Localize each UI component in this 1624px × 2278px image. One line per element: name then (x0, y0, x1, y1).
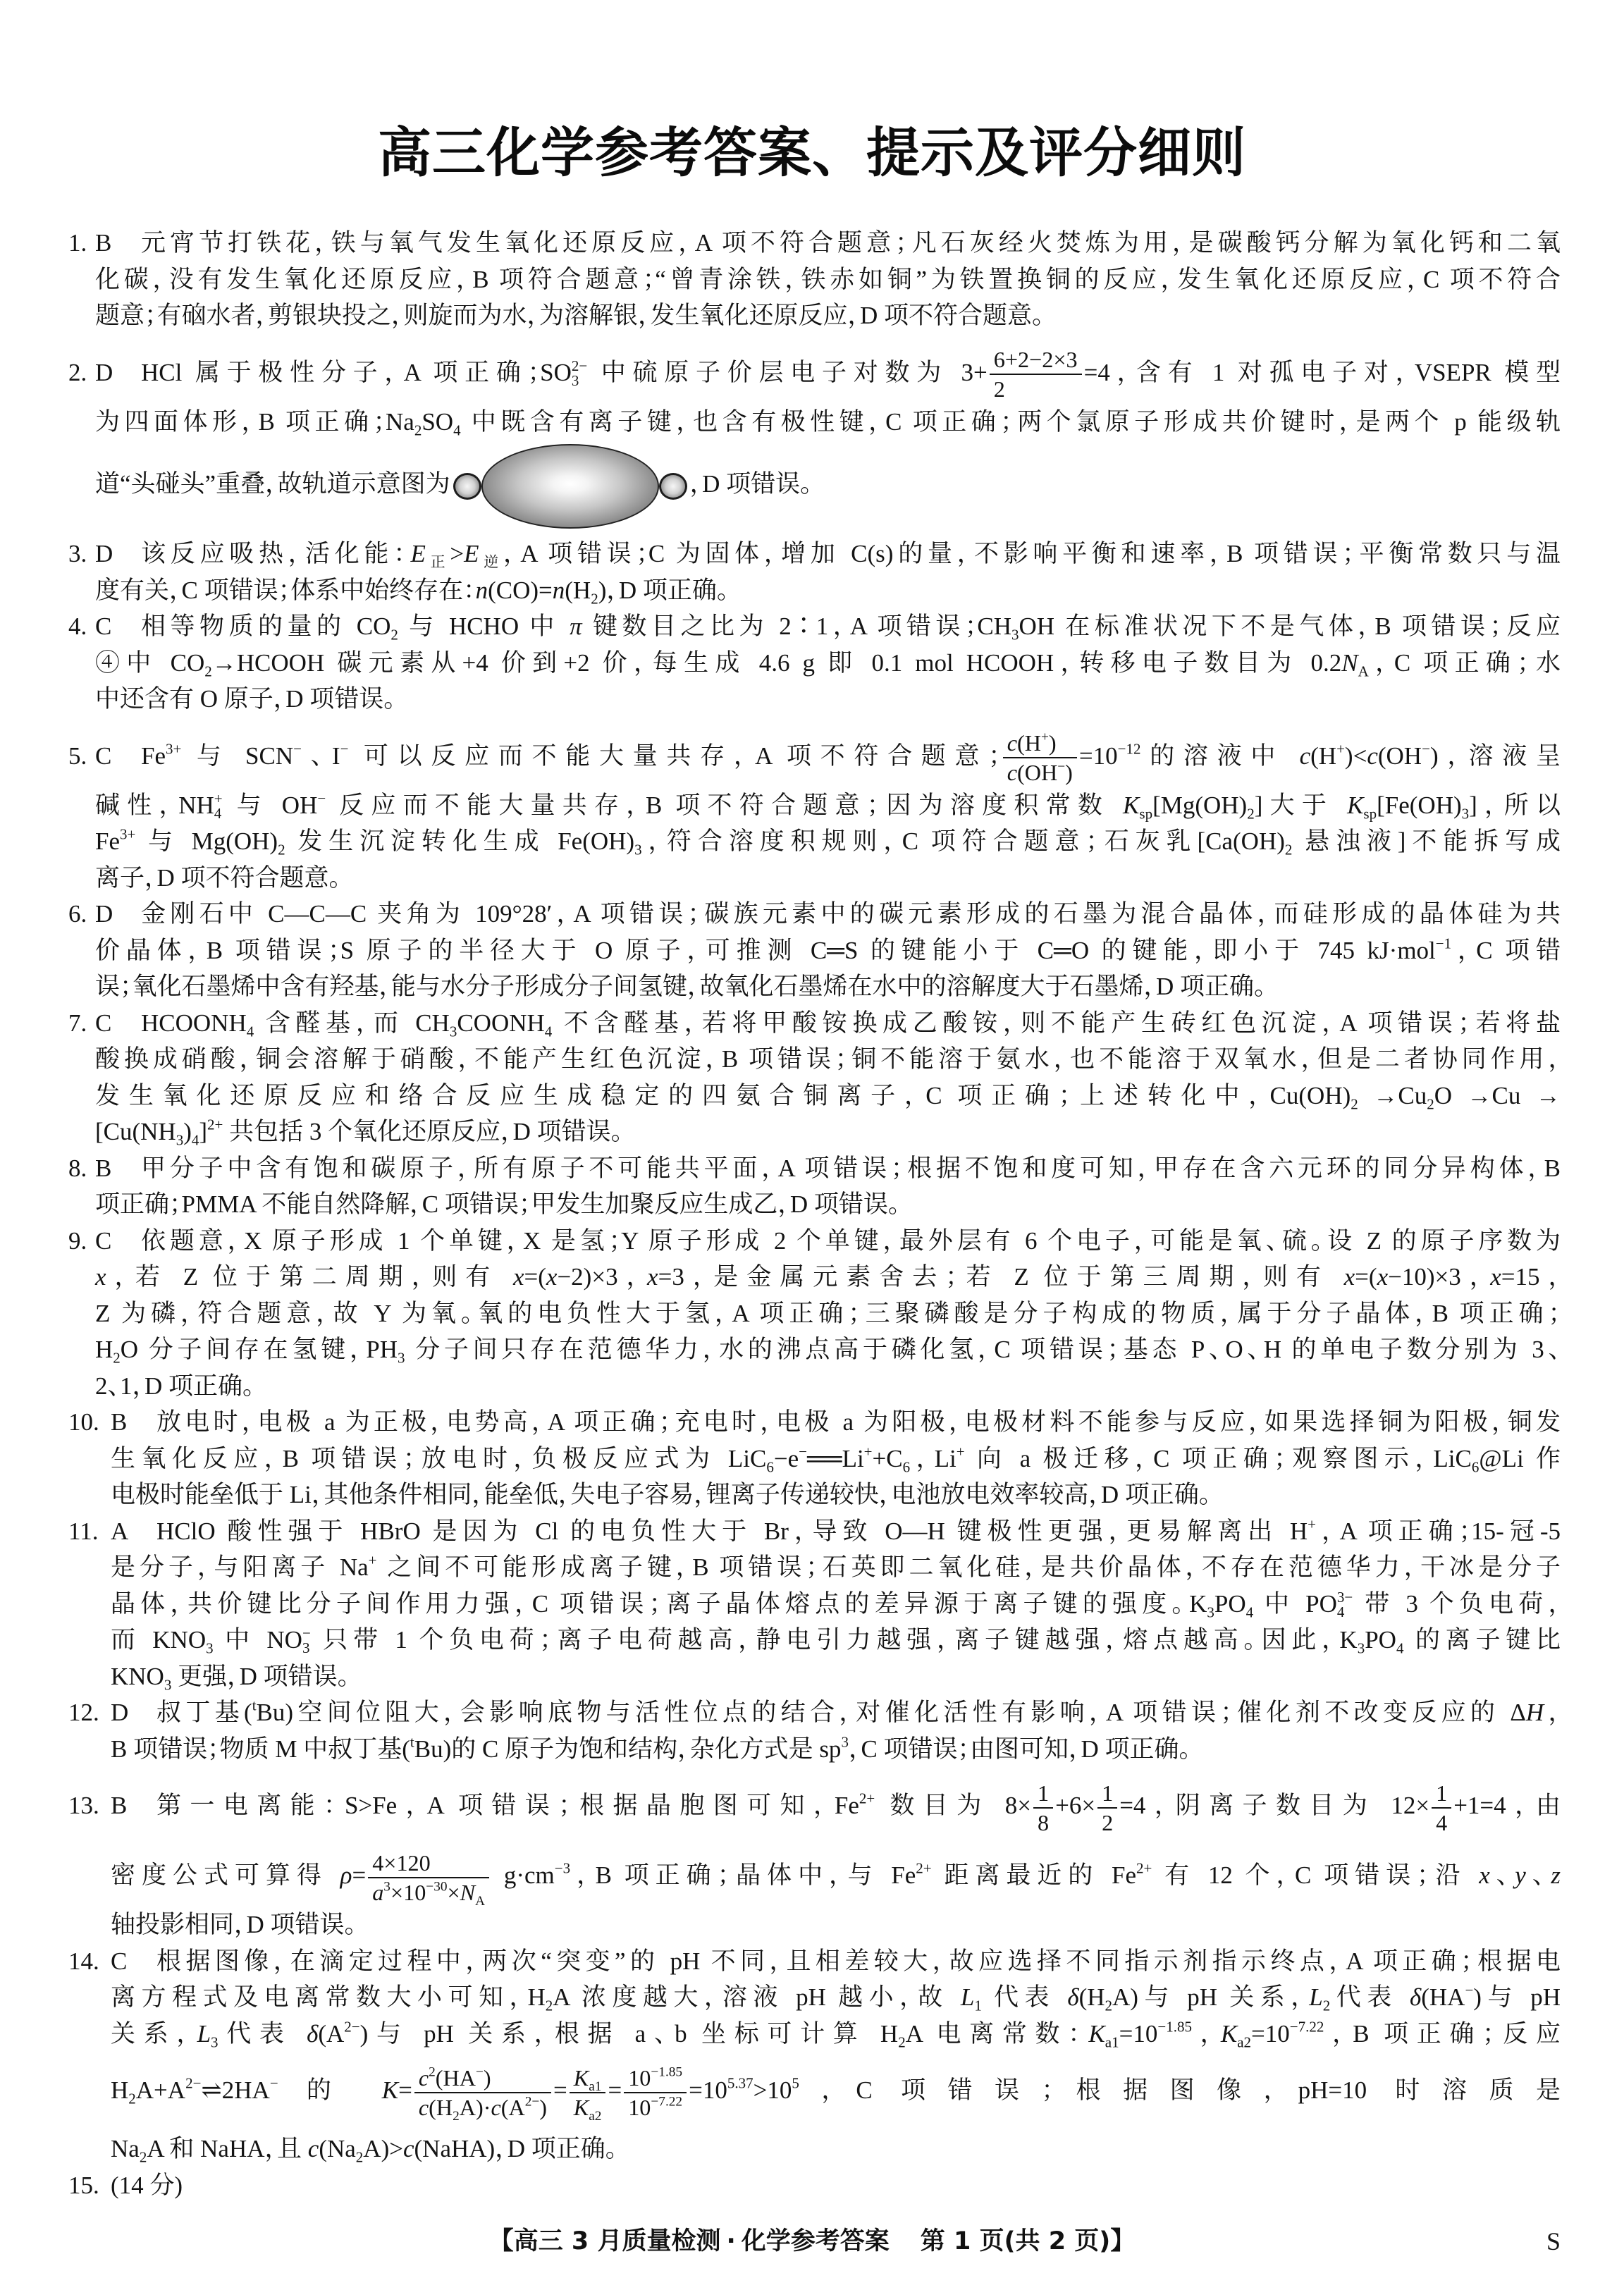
text-run: A+A (136, 2076, 185, 2104)
text-run: =3，是金属元素舍去；若 Z 位于第三周期，则有 (658, 1263, 1344, 1291)
text-run: H (111, 2076, 128, 2104)
text-run: 中 NO (214, 1626, 302, 1654)
subscript: 逆 (479, 553, 504, 570)
question-number: 2. (68, 341, 95, 404)
text-run: 4×120 (372, 1850, 431, 1876)
subscript: 4 (192, 1131, 199, 1148)
footer-separator: · (726, 2227, 735, 2255)
subscript: 4 (1396, 1639, 1404, 1656)
text-run: ，D 项错误。 (690, 470, 813, 498)
text-run: Bu)的 C 原子为饱和结构，杂化方式是 sp (414, 1735, 842, 1763)
question-number: 8. (68, 1150, 95, 1187)
answer-choice: C (111, 1943, 156, 1980)
explanation-line: 电极时能垒低于 Li，其他条件相同，能垒低，失电子容易，锂离子传递较快，电池放电… (111, 1477, 1561, 1513)
text-run: 生氧化反应，B 项错误；放电时，负极反应式为 LiC (111, 1445, 766, 1472)
text-run: ，C 项错 (1451, 937, 1561, 964)
superscript: 3 (383, 1879, 390, 1894)
explanation-line: 轴投影相同，D 项错误。 (111, 1907, 1561, 1943)
subscript: 2 (1427, 1095, 1434, 1112)
explanation-line: 是分子，与阳离子 Na+ 之间不可能形成离子键，B 项错误；石英即二氧化硅，是共… (111, 1549, 1561, 1586)
math-variable: x (647, 1263, 658, 1291)
text-run: O →Cu → (1434, 1082, 1561, 1109)
text-run: 中既含有离子键，也含有极性键，C 项正确；两个氯原子形成共价键时，是两个 p 能… (461, 408, 1561, 436)
math-variable: N (1341, 649, 1358, 677)
subscript: 3 (572, 374, 587, 388)
text-run: 2 (1102, 1810, 1113, 1835)
answer-list: 1.B元宵节打铁花，铁与氧气发生氧化还原反应，A 项不符合题意；凡石灰经火焚炼为… (68, 225, 1561, 2203)
superscript: − (799, 1443, 807, 1460)
text-run: 中 PO (1253, 1590, 1337, 1618)
explanation-text: 元宵节打铁花，铁与氧气发生氧化还原反应，A 项不符合题意；凡石灰经火焚炼为用，是… (141, 225, 1561, 261)
text-run: ]大于 (1255, 792, 1347, 819)
question-number: 3. (68, 536, 95, 572)
answer-item-8: 8.B甲分子中含有饱和碳原子，所有原子不可能共平面，A 项错误；根据不饱和度可知… (68, 1150, 1561, 1223)
explanation-text: 根据图像，在滴定过程中，两次“突变”的 pH 不同，且相差较大，故应选择不同指示… (156, 1943, 1561, 1980)
text-run: Na (111, 2135, 140, 2162)
orbital-diagram-icon (453, 444, 687, 529)
text-run: )与 pH 关系，根据 a、b 坐标可计算 H (360, 2020, 899, 2048)
answer-item-13: 13.B第一电离能：S>Fe，A 项错误；根据晶胞图可知，Fe2+ 数目为 8×… (68, 1767, 1561, 1943)
question-number: 14. (68, 1943, 111, 1980)
explanation-line: 13.B第一电离能：S>Fe，A 项错误；根据晶胞图可知，Fe2+ 数目为 8×… (68, 1767, 1561, 1837)
answer-item-2: 2.DHCl 属于极性分子，A 项正确；SO2−3 中硫原子价层电子对数为 3+… (68, 334, 1561, 536)
text-run: =( (1355, 1263, 1377, 1291)
explanation-line: 度有关，C 项错误；体系中始终存在：n(CO)=n(H2)，D 项正确。 (95, 572, 1561, 609)
text-run: Fe (95, 827, 120, 855)
math-variable: x (1479, 1861, 1490, 1889)
subscript: 3 (1207, 1603, 1214, 1620)
question-number: 7. (68, 1005, 95, 1042)
text-run: A 浓度越大，溶液 pH 越小，故 (553, 1983, 961, 2011)
text-run: 价晶体，B 项错误；S 原子的半径大于 O 原子，可推测 C═S 的键能小于 C… (95, 937, 1436, 964)
math-variable: δ (1410, 1983, 1421, 2011)
text-run: 1 (1102, 1780, 1113, 1806)
text-run: 的 (278, 2076, 382, 2104)
text-run: 叔丁基( (156, 1699, 252, 1726)
math-variable: K (574, 2065, 589, 2091)
explanation-line: B 项错误；物质 M 中叔丁基(tBu)的 C 原子为饱和结构，杂化方式是 sp… (111, 1731, 1561, 1768)
superscript: 3− (1337, 1590, 1353, 1605)
text-run: 共包括 3 个氧化还原反应，D 项错误。 (223, 1118, 623, 1145)
text-run: +1=4，由 (1453, 1792, 1561, 1819)
explanation-line: 15.(14 分) (68, 2167, 1561, 2204)
subscript: A (475, 1894, 485, 1909)
answer-choice: D (111, 1694, 156, 1731)
math-variable: n (553, 577, 565, 604)
text-run: 误；氧化石墨烯中含有羟基，能与水分子形成分子间氢键，故氧化石墨烯在水中的溶解度大… (95, 973, 1267, 1000)
text-run: = (352, 1861, 366, 1889)
charge-index: 3−4 (1337, 1590, 1353, 1620)
p-orbital-right-lobe-icon (659, 473, 687, 500)
explanation-text: HClO 酸性强于 HBrO 是因为 Cl 的电负性大于 Br，导致 O—H 键… (156, 1513, 1561, 1550)
math-variable: L (197, 2020, 211, 2048)
fraction-denominator: 2 (1097, 1809, 1117, 1835)
text-run: 电极时能垒低于 Li，其他条件相同，能垒低，失电子容易，锂离子传递较快，电池放电… (111, 1481, 1211, 1508)
explanation-line: KNO3 更强，D 项错误。 (111, 1658, 1561, 1695)
text-run: 中硫原子价层电子对数为 3+ (588, 359, 987, 386)
text-run: ，A 项错误；C 为固体，增加 C(s)的量，不影响平衡和速率，B 项错误；平衡… (503, 540, 1561, 567)
text-run: 距离最近的 Fe (932, 1861, 1136, 1889)
explanation-line: 价晶体，B 项错误；S 原子的半径大于 O 原子，可推测 C═S 的键能小于 C… (95, 932, 1561, 969)
text-run: SO (422, 408, 453, 436)
answer-choice: D (95, 341, 141, 404)
text-run: 分子间只存在范德华力，水的沸点高于磷化氢，C 项错误；基态 P、O、H 的单电子… (405, 1336, 1561, 1363)
text-run: (H (1310, 742, 1336, 770)
explanation-line: 离子，D 项不符合题意。 (95, 860, 1561, 897)
answer-choice: C (95, 1005, 141, 1042)
text-run: = (553, 2076, 567, 2104)
superscript: 3 (841, 1733, 849, 1750)
explanation-line: Na2A 和 NaHA，且 c(Na2A)>c(NaHA)，D 项正确。 (111, 2131, 1561, 2167)
superscript: + (1041, 730, 1049, 745)
text-run: A 和 NaHA，且 (147, 2135, 307, 2162)
text-run: =10 (1119, 2020, 1158, 2048)
superscript: + (1308, 1515, 1316, 1532)
explanation-line: 而 KNO3 中 NO−3 只带 1 个负电荷；离子电荷越高，静电引力越强，离子… (111, 1622, 1561, 1658)
math-variable: K (1088, 2020, 1105, 2048)
fraction: 12 (1097, 1780, 1117, 1835)
explanation-line: 4.C相等物质的量的 CO2 与 HCHO 中 π 键数目之比为 2∶1，A 项… (68, 608, 1561, 645)
text-run: PO (1365, 1626, 1396, 1654)
charge-index: +4 (214, 792, 223, 821)
subscript: 3 (450, 1023, 457, 1040)
superscript: − (270, 2074, 278, 2091)
fraction-numerator: 10−1.85 (624, 2065, 687, 2093)
explanation-text: 第一电离能：S>Fe，A 项错误；根据晶胞图可知，Fe2+ 数目为 8×18+6… (156, 1774, 1561, 1837)
subscript: 3 (1011, 626, 1019, 643)
explanation-line: ④中 CO2→HCOOH 碳元素从+4 价到+2 价，每生成 4.6 g 即 0… (95, 645, 1561, 682)
explanation-line: 9.C依题意，X 原子形成 1 个单键，X 是氢；Y 原子形成 2 个单键，最外… (68, 1223, 1561, 1260)
subscript: a1 (589, 2079, 601, 2094)
fraction: 10−1.8510−7.22 (624, 2065, 687, 2120)
footer-close-bracket: 】 (1110, 2227, 1135, 2255)
text-run: 、 (1526, 1861, 1551, 1889)
explanation-text: 依题意，X 原子形成 1 个单键，X 是氢；Y 原子形成 2 个单键，最外层有 … (141, 1223, 1561, 1260)
superscript: − (1057, 760, 1065, 775)
text-run: ，Li (910, 1445, 956, 1472)
text-run: 道“头碰头”重叠，故轨道示意图为 (95, 470, 450, 498)
superscript: 2− (572, 359, 587, 374)
superscript: − (293, 740, 302, 757)
subscript: 3 (634, 841, 642, 858)
explanation-line: 2.DHCl 属于极性分子，A 项正确；SO2−3 中硫原子价层电子对数为 3+… (68, 334, 1561, 404)
explanation-text: (14 分) (111, 2167, 1561, 2204)
question-number: 5. (68, 725, 95, 787)
text-run: (A (318, 2020, 344, 2048)
subscript: 2 (140, 2148, 147, 2165)
answer-item-12: 12.D叔丁基(tBu)空间位阻大，会影响底物与活性位点的结合，对催化活性有影响… (68, 1694, 1561, 1767)
explanation-line: H2O 分子间存在氢键，PH3 分子间只存在范德华力，水的沸点高于磷化氢，C 项… (95, 1331, 1561, 1368)
subscript: a2 (589, 2109, 601, 2124)
subscript: 2 (113, 1349, 121, 1366)
subscript: 2 (390, 626, 398, 643)
math-variable: δ (1067, 1983, 1078, 2011)
text-run: 第一电离能：S>Fe，A 项错误；根据晶胞图可知，Fe (156, 1792, 859, 1819)
text-run: =15， (1501, 1263, 1561, 1291)
text-run: =10 (1079, 742, 1118, 770)
explanation-line: 密度公式可算得 ρ=4×120a3×10−30×NA g·cm−3，B 项正确；… (111, 1837, 1561, 1907)
subscript: 2 (1247, 805, 1255, 822)
text-run: 悬浊液]不能拆写成 (1292, 827, 1561, 855)
superscript: −7.22 (1290, 2018, 1324, 2035)
subscript: 3 (206, 1639, 214, 1656)
text-run: ]，所以 (1469, 792, 1561, 819)
text-run: 离子，D 项不符合题意。 (95, 864, 341, 892)
question-number: 4. (68, 608, 95, 645)
text-run: =4，含有 1 对孤电子对，VSEPR 模型 (1084, 359, 1561, 386)
explanation-line: Z 为磷，符合题意，故 Y 为氧。氧的电负性大于氢，A 项正确；三聚磷酸是分子构… (95, 1295, 1561, 1332)
text-run: ══Li (807, 1445, 864, 1472)
text-run: ，符合溶度积规则，C 项符合题意；石灰乳[Ca(OH) (642, 827, 1285, 855)
text-run: 带 3 个负电荷， (1353, 1590, 1561, 1618)
text-run: 键数目之比为 2∶1，A 项错误；CH (582, 612, 1011, 640)
text-run: B 项错误；物质 M 中叔丁基( (111, 1735, 410, 1763)
superscript: + (214, 792, 223, 806)
superscript: 2+ (916, 1859, 931, 1876)
question-number: 15. (68, 2167, 111, 2204)
math-variable: x (546, 1263, 558, 1291)
text-run: −10)×3， (1388, 1263, 1490, 1291)
math-variable: L (961, 1983, 974, 2011)
superscript: −30 (426, 1879, 447, 1894)
text-run: 甲分子中含有饱和碳原子，所有原子不可能共平面，A 项错误；根据不饱和度可知，甲存… (141, 1155, 1561, 1182)
math-variable: K (1347, 792, 1363, 819)
text-run: A 电离常数： (906, 2020, 1089, 2048)
text-run: = (398, 2076, 412, 2104)
explanation-line: 关系，L3代表 δ(A2−)与 pH 关系，根据 a、b 坐标可计算 H2A 电… (111, 2016, 1561, 2052)
text-run: O 分子间存在氢键，PH (121, 1336, 398, 1363)
math-variable: c (1367, 742, 1378, 770)
subscript: 4 (545, 1023, 553, 1040)
fraction: 18 (1033, 1780, 1053, 1835)
text-run: =( (524, 1263, 546, 1291)
text-run: 题意；有硇水者，剪银块投之，则旋而为水，为溶解银，发生氧化还原反应，D 项不符合… (95, 302, 1045, 329)
text-run: ， (1544, 1699, 1561, 1726)
math-variable: π (570, 612, 582, 640)
explanation-text: HCl 属于极性分子，A 项正确；SO2−3 中硫原子价层电子对数为 3+6+2… (141, 341, 1561, 404)
text-run: 10 (628, 2065, 651, 2091)
text-run: ) (484, 2065, 491, 2091)
fraction-denominator: 2 (990, 375, 1082, 402)
superscript: − (1422, 740, 1430, 757)
explanation-line: 8.B甲分子中含有饱和碳原子，所有原子不可能共平面，A 项错误；根据不饱和度可知… (68, 1150, 1561, 1187)
footer-subject: 化学参考答案 (742, 2227, 890, 2255)
subscript: 1 (974, 1997, 982, 2014)
text-run: 中还含有 O 原子，D 项错误。 (95, 685, 396, 713)
math-variable: K (574, 2095, 589, 2120)
explanation-text: 甲分子中含有饱和碳原子，所有原子不可能共平面，A 项错误；根据不饱和度可知，甲存… (141, 1150, 1561, 1187)
charge-index: −3 (302, 1626, 311, 1656)
text-run: 元宵节打铁花，铁与氧气发生氧化还原反应，A 项不符合题意；凡石灰经火焚炼为用，是… (141, 229, 1561, 257)
answer-choice: D (95, 896, 141, 932)
answer-item-14: 14.C根据图像，在滴定过程中，两次“突变”的 pH 不同，且相差较大，故应选择… (68, 1943, 1561, 2167)
explanation-line: 7.CHCOONH4 含醛基，而 CH3COONH4 不含醛基，若将甲酸铵换成乙… (68, 1005, 1561, 1042)
subscript: 2 (546, 1997, 553, 2014)
answer-choice: C (95, 608, 141, 645)
explanation-line: 离方程式及电离常数大小可知，H2A 浓度越大，溶液 pH 越小，故 L1 代表 … (111, 1979, 1561, 2016)
fraction: 6+2−2×32 (990, 347, 1082, 402)
math-variable: x (1377, 1263, 1389, 1291)
text-run: (H (565, 577, 591, 604)
subscript: 2 (128, 2090, 136, 2107)
math-variable: c (419, 2095, 429, 2120)
text-run: ) (183, 1118, 192, 1145)
answer-choice: B (111, 1774, 156, 1837)
subscript: 3 (302, 1641, 311, 1656)
text-run: 发生沉淀转化生成 Fe(OH) (285, 827, 635, 855)
explanation-line: 道“头碰头”重叠，故轨道示意图为，D 项错误。 (95, 440, 1561, 536)
math-variable: z (1551, 1861, 1561, 1889)
text-run: (OH (1378, 742, 1422, 770)
question-number: 9. (68, 1223, 95, 1260)
text-run: 、I (302, 742, 340, 770)
subscript: 2 (414, 421, 422, 438)
superscript: −1.85 (1157, 2018, 1192, 2035)
explanation-line: [Cu(NH3)4]2+ 共包括 3 个氧化还原反应，D 项错误。 (95, 1114, 1561, 1150)
text-run: 代表 (982, 1983, 1068, 2011)
text-run: 之间不可能形成离子键，B 项错误；石英即二氧化硅，是共价晶体，不存在范德华力，干… (377, 1553, 1561, 1581)
answer-choice: B (95, 225, 141, 261)
text-run: ) (1065, 760, 1073, 785)
subscript: 2 (1323, 1997, 1331, 2014)
text-run: 与 HCHO 中 (398, 612, 570, 640)
subscript: 2 (1351, 1095, 1358, 1112)
text-run: +6× (1055, 1792, 1095, 1819)
explanation-line: 6.D金刚石中 C—C—C 夹角为 109°28′，A 项错误；碳族元素中的碳元… (68, 896, 1561, 932)
text-run: 发生氧化还原反应和络合反应生成稳定的四氨合铜离子，C 项正确；上述转化中，Cu(… (95, 1082, 1351, 1109)
page-title: 高三化学参考答案、提示及评分细则 (0, 119, 1624, 187)
text-run: 代表 (1330, 1983, 1410, 2011)
text-run: [Fe(OH) (1377, 792, 1462, 819)
text-run: 有 12 个，C 项错误；沿 (1152, 1861, 1479, 1889)
answer-choice: C (95, 725, 141, 787)
text-run: Z 为磷，符合题意，故 Y 为氧。氧的电负性大于氢，A 项正确；三聚磷酸是分子构… (95, 1300, 1561, 1327)
text-run: 可以反应而不能大量共存，A 项不符合题意； (348, 742, 1000, 770)
answer-item-5: 5.CFe3+ 与 SCN−、I− 可以反应而不能大量共存，A 项不符合题意；c… (68, 718, 1561, 897)
superscript: −1.85 (651, 2064, 682, 2079)
text-run: 含醛基，而 CH (254, 1009, 450, 1037)
question-number: 11. (68, 1513, 111, 1550)
superscript: + (864, 1443, 873, 1460)
answer-choice: B (95, 1150, 141, 1187)
text-run: g·cm (491, 1861, 555, 1889)
explanation-line: 化碳，没有发生氧化还原反应，B 项符合题意；“曾青涂铁，铁赤如铜”为铁置换铜的反… (95, 261, 1561, 298)
subscript: 2 (453, 2109, 460, 2124)
text-run: PO (1214, 1590, 1246, 1618)
superscript: −3 (555, 1859, 570, 1876)
text-run: ，B 项正确；晶体中，与 Fe (570, 1861, 916, 1889)
text-run: × (448, 1880, 460, 1905)
text-run: 项正确；PMMA 不能自然降解，C 项错误；甲发生加聚反应生成乙，D 项错误。 (95, 1190, 900, 1218)
subscript: 2 (356, 2148, 364, 2165)
subscript: 6 (903, 1458, 911, 1475)
answer-item-7: 7.CHCOONH4 含醛基，而 CH3COONH4 不含醛基，若将甲酸铵换成乙… (68, 1005, 1561, 1150)
text-run: (NaHA)，D 项正确。 (414, 2135, 618, 2162)
fraction-denominator: Ka2 (570, 2093, 606, 2120)
fraction: c(H+)c(OH−) (1003, 730, 1077, 785)
superscript: −1 (1436, 935, 1451, 952)
answer-choice: A (111, 1513, 156, 1550)
text-run: ，A 项正确；15-冠-5 (1316, 1517, 1561, 1545)
explanation-line: 2、1，D 项正确。 (95, 1368, 1561, 1405)
subscript: a2 (1237, 2033, 1251, 2050)
superscript: + (369, 1551, 377, 1568)
subscript: 2 (204, 663, 212, 679)
superscript: 2− (525, 2094, 540, 2109)
superscript: 2− (185, 2074, 201, 2091)
superscript: − (340, 740, 349, 757)
subscript: 2 (1105, 1997, 1113, 2014)
text-run: 的溶液中 (1140, 742, 1299, 770)
subscript: 3 (1462, 805, 1470, 822)
answer-item-11: 11.AHClO 酸性强于 HBrO 是因为 Cl 的电负性大于 Br，导致 O… (68, 1513, 1561, 1695)
text-run: ×10 (390, 1880, 426, 1905)
text-run: A)· (460, 2095, 491, 2120)
explanation-line: 项正确；PMMA 不能自然降解，C 项错误；甲发生加聚反应生成乙，D 项错误。 (95, 1186, 1561, 1223)
text-run: 6+2−2×3 (994, 347, 1078, 372)
math-variable: y (1515, 1861, 1526, 1889)
subscript: 2 (898, 2033, 906, 2050)
superscript: 3+ (120, 825, 135, 842)
question-number: 10. (68, 1404, 111, 1441)
text-run: HCOONH (141, 1009, 247, 1037)
text-run: @Li 作 (1479, 1445, 1561, 1472)
text-run: 2、1，D 项正确。 (95, 1372, 255, 1400)
text-run: (H (1017, 730, 1041, 756)
subscript: 3 (176, 1131, 184, 1148)
explanation-line: 10.B放电时，电极 a 为正极，电势高，A 项正确；充电时，电极 a 为阳极，… (68, 1404, 1561, 1441)
math-variable: c (403, 2135, 414, 2162)
text-run: (14 分) (111, 2172, 183, 2199)
math-variable: E (464, 540, 479, 567)
text-run: =10 (1251, 2020, 1290, 2048)
text-run: →HCOOH 碳元素从+4 价到+2 价，每生成 4.6 g 即 0.1 mol… (212, 649, 1341, 677)
math-variable: K (1123, 792, 1139, 819)
text-run: HCl 属于极性分子，A 项正确；SO (141, 359, 572, 386)
text-run: ，C 项错误；根据图像，pH=10 时溶质是 (799, 2076, 1561, 2104)
subscript: 6 (1472, 1458, 1480, 1475)
math-variable: x (1344, 1263, 1355, 1291)
text-run: Fe (141, 742, 166, 770)
superscript: 2+ (1136, 1859, 1152, 1876)
fraction-denominator: 10−7.22 (624, 2093, 687, 2120)
text-run: 密度公式可算得 (111, 1861, 340, 1889)
text-run: 离方程式及电离常数大小可知，H (111, 1983, 546, 2011)
text-run: (CO)= (488, 577, 553, 604)
explanation-line: H2A+A2−⇌2HA− 的 K=c2(HA−)c(H2A)·c(A2−)=Ka… (111, 2052, 1561, 2131)
text-run: A)与 pH 关系， (1112, 1983, 1309, 2011)
document-page: { "document": { "title": "高三化学参考答案、提示及评分… (0, 0, 1624, 2278)
fraction-numerator: 1 (1432, 1780, 1451, 1809)
superscript: −12 (1118, 740, 1141, 757)
superscript: −7.22 (651, 2094, 682, 2109)
fraction-numerator: 1 (1097, 1780, 1117, 1809)
answer-item-6: 6.D金刚石中 C—C—C 夹角为 109°28′，A 项错误；碳族元素中的碳元… (68, 896, 1561, 1005)
text-run: =10 (689, 2076, 727, 2104)
subscript: sp (1363, 805, 1377, 822)
math-variable: a (372, 1880, 383, 1905)
superscript: 2+ (859, 1790, 875, 1806)
math-variable: c (1007, 760, 1017, 785)
text-run: 相等物质的量的 CO (141, 612, 390, 640)
text-run: 放电时，电极 a 为正极，电势高，A 项正确；充电时，电极 a 为阳极，电极材料… (156, 1408, 1561, 1436)
answer-item-3: 3.D该反应吸热，活化能：E正>E逆，A 项错误；C 为固体，增加 C(s)的量… (68, 536, 1561, 608)
text-run: > (450, 540, 464, 567)
text-run: H (95, 1336, 113, 1363)
superscript: + (956, 1443, 965, 1460)
text-run: HClO 酸性强于 HBrO 是因为 Cl 的电负性大于 Br，导致 O—H 键… (156, 1517, 1308, 1545)
explanation-line: 酸换成硝酸，铜会溶解于硝酸，不能产生红色沉淀，B 项错误；铜不能溶于氨水，也不能… (95, 1041, 1561, 1078)
